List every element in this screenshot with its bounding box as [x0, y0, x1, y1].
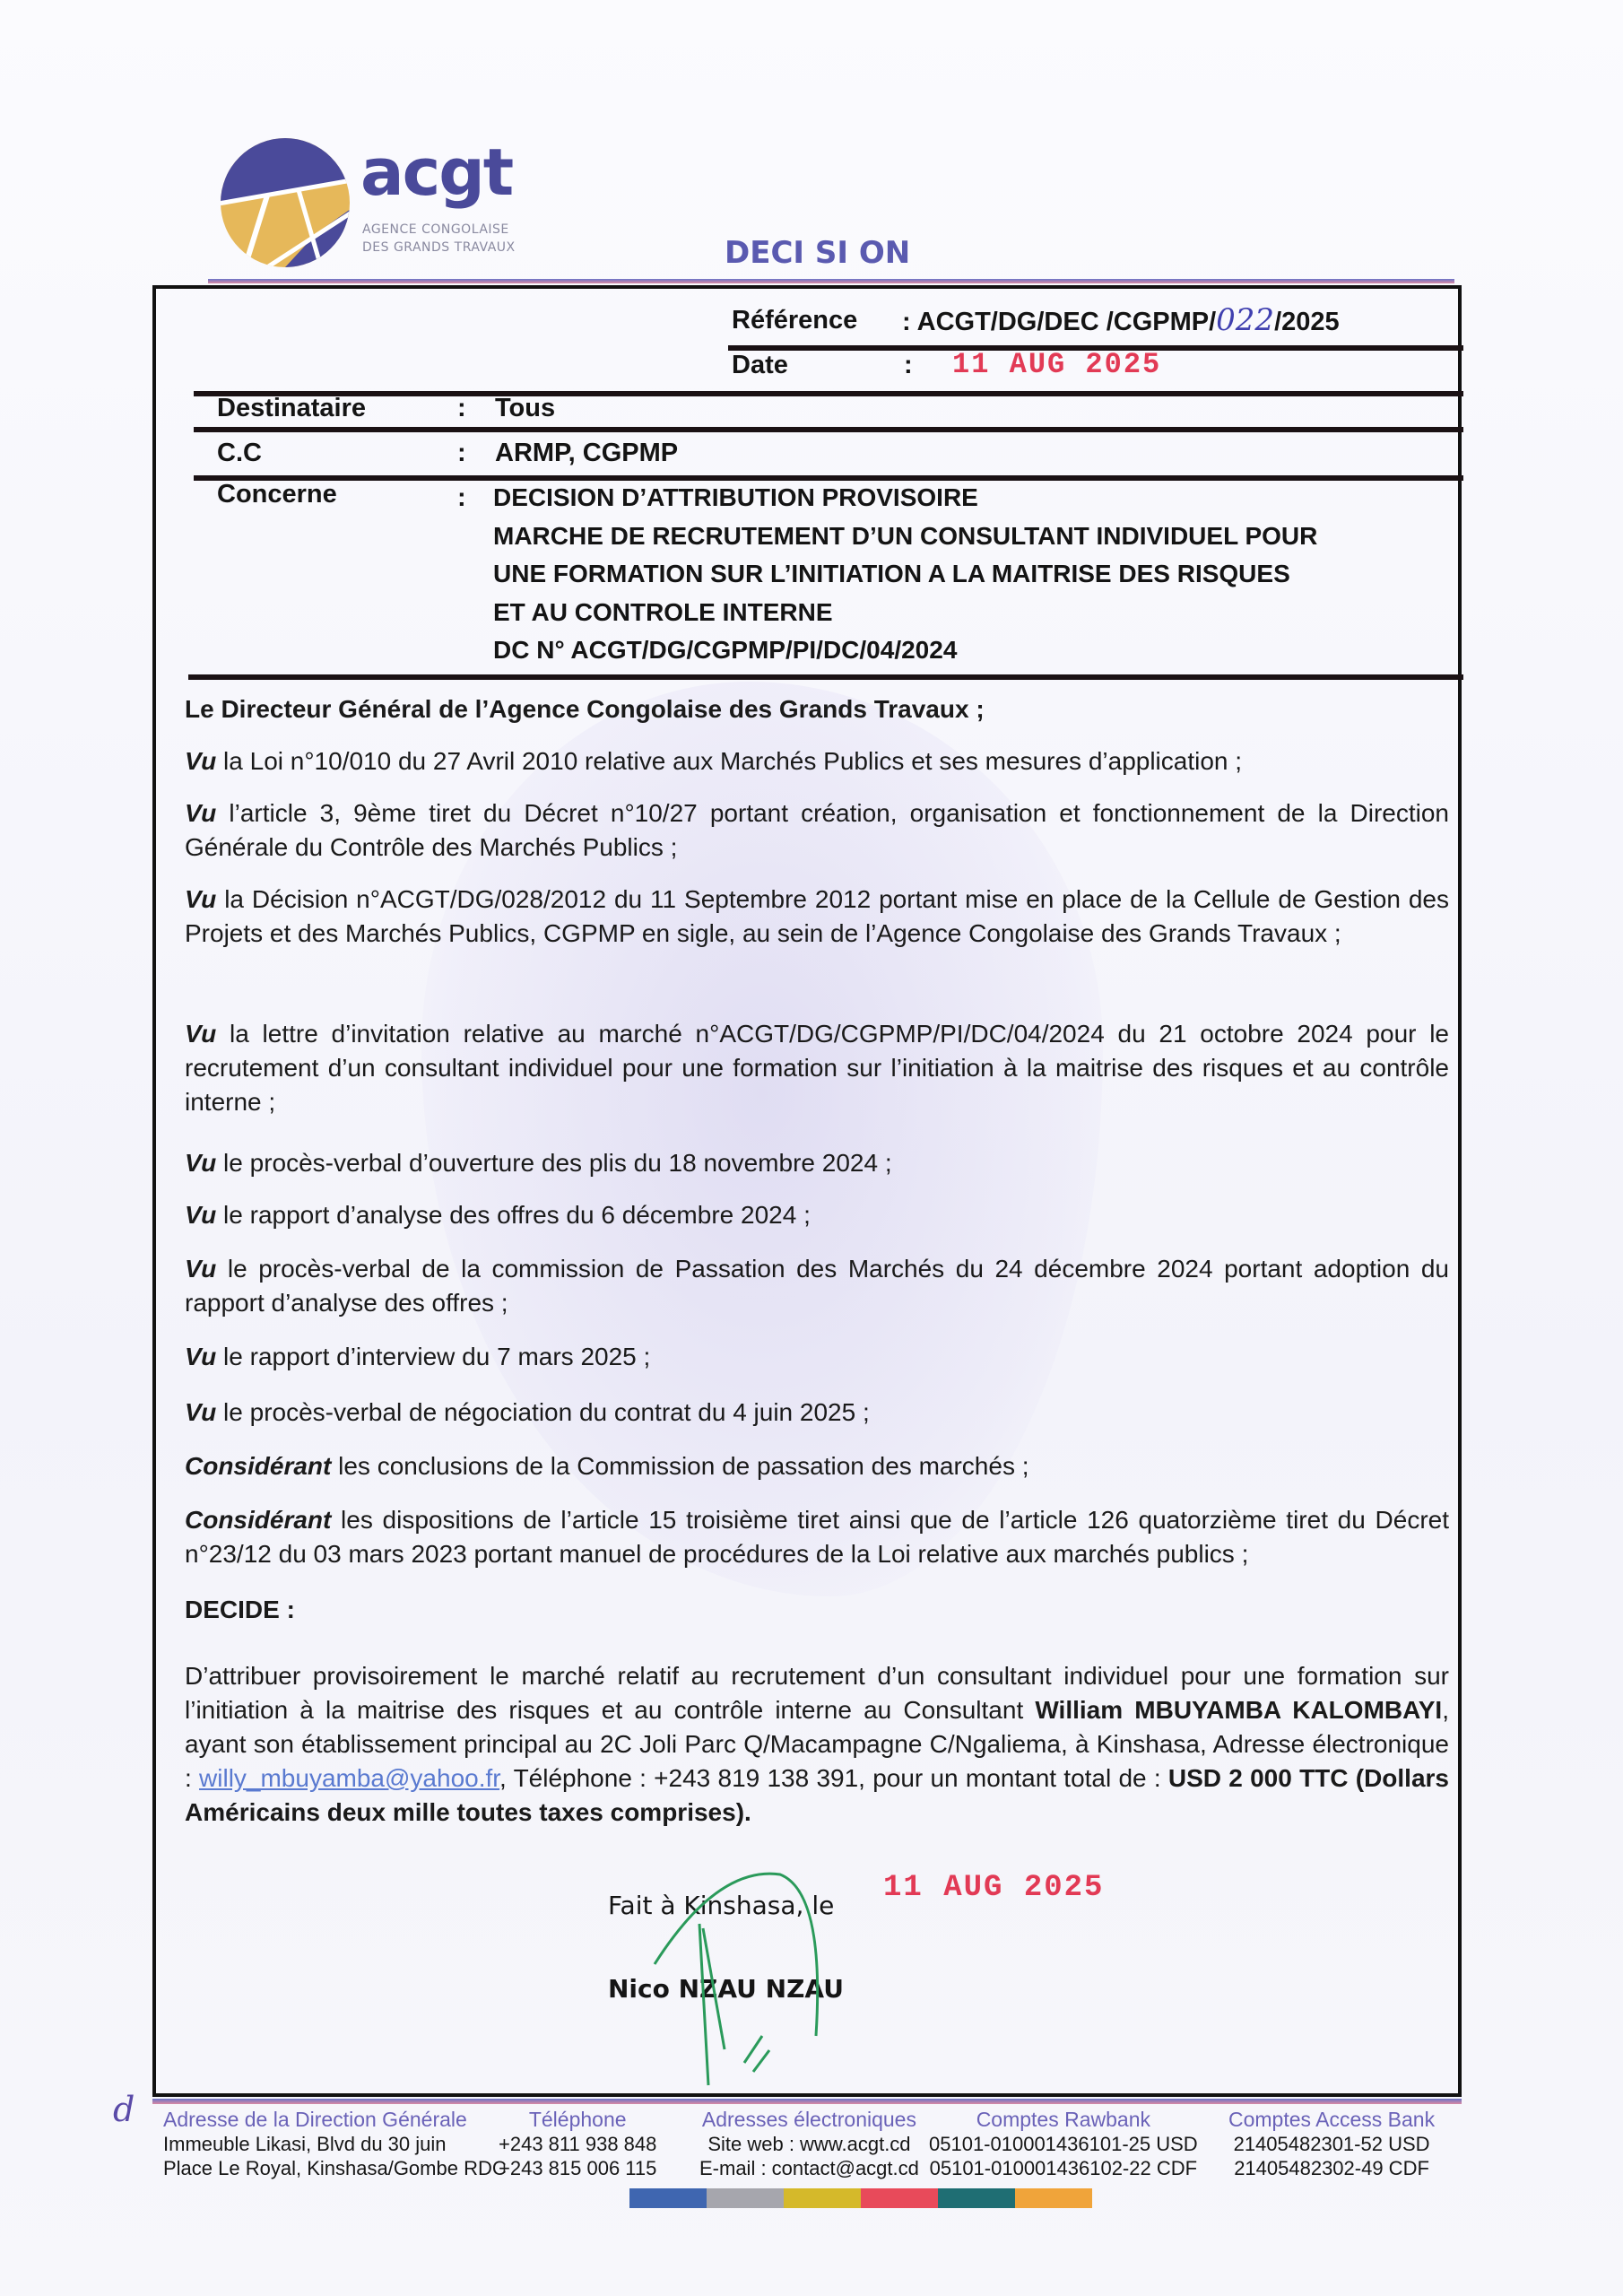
- considerant-keyword: Considérant: [185, 1506, 331, 1534]
- vu-text: la Loi n°10/010 du 27 Avril 2010 relativ…: [216, 747, 1242, 775]
- logo-emblem-icon: [213, 133, 357, 267]
- subject-colon: :: [457, 479, 466, 517]
- footer-heading: Adresses électroniques: [699, 2108, 919, 2132]
- reference-label: Référence: [732, 301, 857, 339]
- footer-rule: [152, 2099, 1462, 2104]
- subject-line: UNE FORMATION SUR L’INITIATION A LA MAIT…: [493, 555, 1317, 594]
- footer-heading: Téléphone: [499, 2108, 656, 2132]
- color-swatch: [707, 2188, 784, 2208]
- color-swatch: [861, 2188, 938, 2208]
- vu-item: Vu le procès-verbal de négociation du co…: [185, 1396, 1449, 1430]
- vu-keyword: Vu: [185, 1149, 216, 1177]
- acgt-logo: acgt AGENCE CONGOLAISE DES GRANDS TRAVAU…: [208, 127, 531, 271]
- vu-item: Vu la Loi n°10/010 du 27 Avril 2010 rela…: [185, 744, 1449, 778]
- color-swatch: [629, 2188, 707, 2208]
- footer-line: Immeuble Likasi, Blvd du 30 juin: [163, 2132, 507, 2156]
- considerant-item: Considérant les dispositions de l’articl…: [185, 1503, 1449, 1571]
- cc-colon: :: [457, 434, 466, 472]
- footer-website-link[interactable]: Site web : www.acgt.cd: [699, 2132, 919, 2156]
- reference-prefix: : ACGT/DG/DEC /CGPMP/: [902, 308, 1216, 336]
- reference-suffix: /2025: [1274, 308, 1340, 336]
- footer-line: 05101-010001436101-25 USD: [929, 2132, 1198, 2156]
- signature-date-stamp: 11 AUG 2025: [883, 1871, 1104, 1905]
- footer-line: +243 815 006 115: [499, 2156, 656, 2180]
- vu-text: le rapport d’analyse des offres du 6 déc…: [216, 1201, 811, 1229]
- footer-line: 21405482301-52 USD: [1228, 2132, 1435, 2156]
- considerant-keyword: Considérant: [185, 1452, 331, 1480]
- consultant-email-link[interactable]: willy_mbuyamba@yahoo.fr: [199, 1764, 499, 1792]
- vu-keyword: Vu: [185, 799, 216, 827]
- reference-value: : ACGT/DG/DEC /CGPMP/022/2025: [902, 301, 1340, 341]
- vu-text: le procès-verbal de la commission de Pas…: [185, 1255, 1449, 1317]
- date-colon: :: [904, 346, 913, 384]
- subject-line: DC N° ACGT/DG/CGPMP/PI/DC/04/2024: [493, 631, 1317, 670]
- document-page: acgt AGENCE CONGOLAISE DES GRANDS TRAVAU…: [0, 0, 1623, 2296]
- footer-line: 21405482302-49 CDF: [1228, 2156, 1435, 2180]
- footer-address: Adresse de la Direction Générale Immeubl…: [163, 2108, 507, 2180]
- consultant-name: William MBUYAMBA KALOMBAYI: [1035, 1696, 1442, 1724]
- logo-subtitle-line2: DES GRANDS TRAVAUX: [362, 239, 516, 257]
- vu-keyword: Vu: [185, 1255, 216, 1283]
- subject-block: DECISION D’ATTRIBUTION PROVISOIRE MARCHE…: [493, 479, 1317, 670]
- footer-line: 05101-010001436102-22 CDF: [929, 2156, 1198, 2180]
- color-swatch: [938, 2188, 1015, 2208]
- margin-initial-icon: d: [113, 2090, 135, 2129]
- footer-heading: Comptes Rawbank: [929, 2108, 1198, 2132]
- subject-line: ET AU CONTROLE INTERNE: [493, 594, 1317, 632]
- vu-item: Vu l’article 3, 9ème tiret du Décret n°1…: [185, 796, 1449, 865]
- vu-text: l’article 3, 9ème tiret du Décret n°10/2…: [185, 799, 1449, 861]
- footer-phone: Téléphone +243 811 938 848 +243 815 006 …: [499, 2108, 656, 2180]
- footer-accessbank: Comptes Access Bank 21405482301-52 USD 2…: [1228, 2108, 1435, 2180]
- footer-line: +243 811 938 848: [499, 2132, 656, 2156]
- rule: [188, 674, 1463, 680]
- vu-item: Vu le procès-verbal d’ouverture des plis…: [185, 1146, 1449, 1180]
- recipient-colon: :: [457, 389, 466, 427]
- recipient-value: Tous: [495, 389, 555, 427]
- logo-subtitle-line1: AGENCE CONGOLAISE: [362, 221, 516, 239]
- date-label: Date: [732, 346, 788, 384]
- footer-line: Place Le Royal, Kinshasa/Gombe RDC: [163, 2156, 507, 2180]
- vu-item: Vu la Décision n°ACGT/DG/028/2012 du 11 …: [185, 883, 1449, 951]
- recipient-label: Destinataire: [217, 389, 366, 427]
- footer-heading: Adresse de la Direction Générale: [163, 2108, 507, 2132]
- considerant-item: Considérant les conclusions de la Commis…: [185, 1449, 1449, 1483]
- title-rule: [208, 279, 1454, 283]
- vu-keyword: Vu: [185, 1398, 216, 1426]
- cc-value: ARMP, CGPMP: [495, 434, 678, 472]
- vu-text: le procès-verbal de négociation du contr…: [216, 1398, 869, 1426]
- subject-line: MARCHE DE RECRUTEMENT D’UN CONSULTANT IN…: [493, 517, 1317, 556]
- logo-wordmark: acgt: [360, 135, 512, 210]
- subject-line: DECISION D’ATTRIBUTION PROVISOIRE: [493, 479, 1317, 517]
- vu-text: le rapport d’interview du 7 mars 2025 ;: [216, 1343, 650, 1370]
- footer-color-bar: [629, 2188, 1092, 2208]
- decision-text: , Téléphone : +243 819 138 391, pour un …: [499, 1764, 1168, 1792]
- decision-paragraph: D’attribuer provisoirement le marché rel…: [185, 1659, 1449, 1830]
- vu-item: Vu le rapport d’analyse des offres du 6 …: [185, 1198, 1449, 1232]
- handwritten-signature-icon: [610, 1857, 843, 2099]
- footer-email-link[interactable]: E-mail : contact@acgt.cd: [699, 2156, 919, 2180]
- color-swatch: [784, 2188, 861, 2208]
- vu-text: la Décision n°ACGT/DG/028/2012 du 11 Sep…: [185, 885, 1449, 947]
- vu-item: Vu le rapport d’interview du 7 mars 2025…: [185, 1340, 1449, 1374]
- subject-label: Concerne: [217, 475, 337, 513]
- vu-item: Vu le procès-verbal de la commission de …: [185, 1252, 1449, 1320]
- vu-keyword: Vu: [185, 1343, 216, 1370]
- vu-keyword: Vu: [185, 885, 216, 913]
- rule: [194, 391, 1463, 396]
- footer-rawbank: Comptes Rawbank 05101-010001436101-25 US…: [929, 2108, 1198, 2180]
- cc-label: C.C: [217, 434, 262, 472]
- vu-item: Vu la lettre d’invitation relative au ma…: [185, 1017, 1449, 1119]
- rule: [194, 427, 1463, 432]
- vu-keyword: Vu: [185, 1201, 216, 1229]
- footer-emails: Adresses électroniques Site web : www.ac…: [699, 2108, 919, 2180]
- decide-heading: DECIDE :: [185, 1593, 1449, 1627]
- date-stamp: 11 AUG 2025: [952, 346, 1161, 384]
- vu-text: la lettre d’invitation relative au march…: [185, 1020, 1449, 1116]
- preamble: Le Directeur Général de l’Agence Congola…: [185, 692, 1449, 726]
- logo-subtitle: AGENCE CONGOLAISE DES GRANDS TRAVAUX: [362, 221, 516, 257]
- considerant-text: les dispositions de l’article 15 troisiè…: [185, 1506, 1449, 1568]
- vu-keyword: Vu: [185, 747, 216, 775]
- reference-number-handwritten: 022: [1216, 302, 1274, 338]
- document-title: DECI SI ON: [725, 235, 910, 271]
- color-swatch: [1015, 2188, 1092, 2208]
- vu-text: le procès-verbal d’ouverture des plis du…: [216, 1149, 891, 1177]
- vu-keyword: Vu: [185, 1020, 216, 1048]
- considerant-text: les conclusions de la Commission de pass…: [331, 1452, 1028, 1480]
- footer-heading: Comptes Access Bank: [1228, 2108, 1435, 2132]
